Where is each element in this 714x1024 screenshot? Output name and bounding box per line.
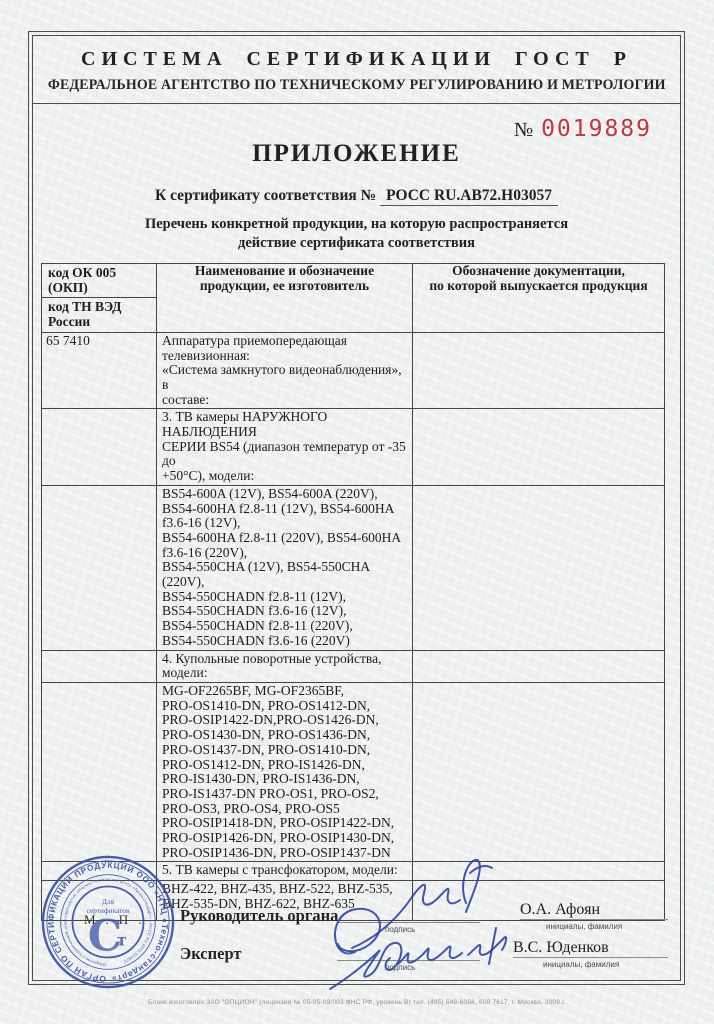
col-header-docs: Обозначение документации, по которой вып… <box>413 264 665 333</box>
cell-docs <box>413 409 665 486</box>
expert-name: В.С. Юденков <box>513 939 609 957</box>
form-number: № 0019889 <box>514 116 652 142</box>
cell-code <box>42 485 157 650</box>
cell-name: BS54-600A (12V), BS54-600A (220V), BS54-… <box>157 485 413 650</box>
certificate-reference: К сертификату соответствия № РОСС RU.АВ7… <box>33 187 680 205</box>
products-table: код ОК 005 (ОКП) Наименование и обозначе… <box>41 263 665 921</box>
system-title: СИСТЕМА СЕРТИФИКАЦИИ ГОСТ Р <box>81 48 632 71</box>
expert-signature-ink <box>330 928 506 989</box>
page-title: ПРИЛОЖЕНИЕ <box>33 140 680 168</box>
table-row: 65 7410 Аппаратура приемопередающая теле… <box>42 332 665 409</box>
cell-docs <box>413 332 665 409</box>
cell-docs <box>413 682 665 861</box>
number-sign: № <box>514 119 533 142</box>
blank-fine-print: Бланк изготовлен ЗАО "ОПЦИОН" (лицензия … <box>0 999 714 1006</box>
col-header-name: Наименование и обозначение продукции, ее… <box>157 264 413 333</box>
cell-code: 65 7410 <box>42 332 157 409</box>
certificate-reference-label: К сертификату соответствия № <box>155 187 376 204</box>
cell-name: MG-OF2265BF, MG-OF2365BF, PRO-OS1410-DN,… <box>157 682 413 861</box>
head-name-line <box>520 919 668 920</box>
cell-name: 3. ТВ камеры НАРУЖНОГО НАБЛЮДЕНИЯ СЕРИИ … <box>157 409 413 486</box>
expert-label: Эксперт <box>180 944 242 964</box>
cell-name: Аппаратура приемопередающая телевизионна… <box>157 332 413 409</box>
table-row: 3. ТВ камеры НАРУЖНОГО НАБЛЮДЕНИЯ СЕРИИ … <box>42 409 665 486</box>
cell-docs <box>413 485 665 650</box>
table-header-row: код ОК 005 (ОКП) Наименование и обозначе… <box>42 264 665 298</box>
certificate-page: М.П. СИСТЕМА СЕРТИФИКАЦИИ ГОСТ Р ФЕДЕРАЛ… <box>0 0 714 1024</box>
expert-name-caption: инициалы, фамилия <box>543 960 619 969</box>
head-signature-ink <box>335 860 492 954</box>
table-row: MG-OF2265BF, MG-OF2365BF, PRO-OS1410-DN,… <box>42 682 665 861</box>
head-name: О.А. Афоян <box>520 901 600 919</box>
certification-stamp: ОРГАН ПО СЕРТИФИКАЦИИ ПРОДУКЦИИ ООО «НТЦ… <box>39 853 177 991</box>
cell-code <box>42 409 157 486</box>
cell-code <box>42 650 157 682</box>
agency-title: ФЕДЕРАЛЬНОЕ АГЕНТСТВО ПО ТЕХНИЧЕСКОМУ РЕ… <box>48 77 666 94</box>
header-band: СИСТЕМА СЕРТИФИКАЦИИ ГОСТ Р ФЕДЕРАЛЬНОЕ … <box>33 36 680 104</box>
head-name-caption: инициалы, фамилия <box>546 922 622 931</box>
handwritten-signatures <box>300 840 520 1000</box>
cell-docs <box>413 650 665 682</box>
table-row: BS54-600A (12V), BS54-600A (220V), BS54-… <box>42 485 665 650</box>
subtitle: Перечень конкретной продукции, на котору… <box>33 215 680 253</box>
col-header-tnved: код ТН ВЭД России <box>42 298 157 332</box>
rst-logo-small-icon: т <box>117 931 127 950</box>
table-row: 4. Купольные поворотные устройства, моде… <box>42 650 665 682</box>
cell-code <box>42 682 157 861</box>
cell-name: 4. Купольные поворотные устройства, моде… <box>157 650 413 682</box>
col-header-okp: код ОК 005 (ОКП) <box>42 264 157 298</box>
stamp-center-line1: Для <box>102 897 115 906</box>
number-value: 0019889 <box>541 116 652 142</box>
certificate-number: РОСС RU.АВ72.Н03057 <box>380 187 558 206</box>
expert-name-line <box>513 957 668 958</box>
